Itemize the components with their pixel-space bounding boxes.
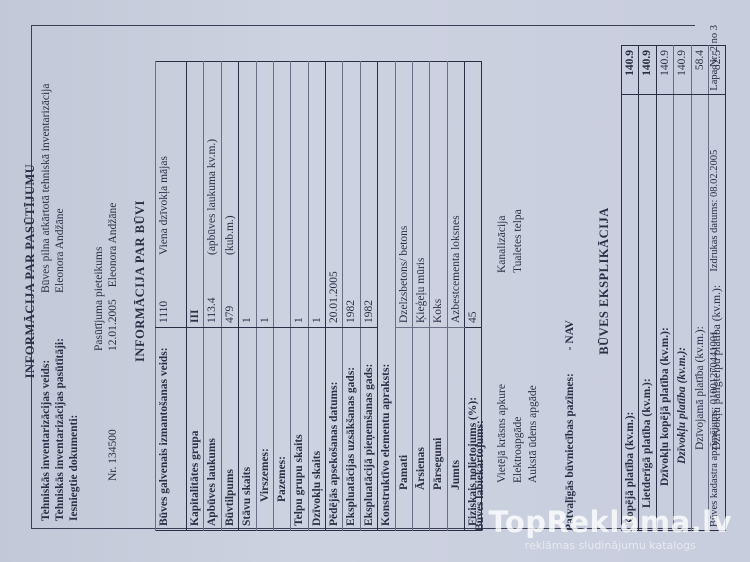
table-row: Kopējā platība (kv.m.): 140.9 — [622, 46, 639, 531]
table-row: Būves galvenais izmantošanas veids: 1110… — [156, 62, 187, 531]
document-number: Nr. 134500 — [92, 351, 121, 481]
page-number: Lapa Nr. 2 no 3 — [708, 25, 721, 91]
order-info-title: INFORMĀCIJA PAR PASŪTĪJUMU — [23, 21, 39, 521]
amenity-item: Elektroapgāde — [511, 273, 525, 483]
table-row: Pamati Dzelzsbetons/ betons — [395, 62, 412, 531]
print-date: Izdrukas datums: 08.02.2005 — [708, 150, 721, 272]
order-row-customer: Tehniskās inventarizācijas pasūtītāji: E… — [53, 21, 67, 521]
table-row: Ekspluatācijas uzsākšanas gads: 1982 — [343, 62, 360, 531]
table-row: Virszemes: 1 — [256, 62, 273, 531]
document-type: Pasūtījuma pieteikums — [92, 203, 106, 351]
table-row: Telpu grupu skaits 1 — [291, 62, 308, 531]
page-footer: Būves kadastra apzīmējums: 0100127044100… — [708, 25, 721, 527]
table-row: Jumts Azbestcementa loksnes — [447, 62, 464, 531]
table-row: Pazemes: — [273, 62, 290, 531]
submitted-document: Nr. 134500 Pasūtījuma pieteikums 12.01.2… — [92, 21, 121, 521]
amenity-item: Aukstā ūdens apgāde — [526, 273, 540, 483]
table-row: Pēdējās apsekošanas datums: 20.01.2005 — [326, 62, 343, 531]
document-person: Eleonora Andžāne — [107, 203, 119, 288]
table-row: Pārsegumi Koks — [430, 62, 447, 531]
amenities-column-2: Kanalizācija Tualetes telpa — [495, 63, 541, 273]
table-row: Lietderīgā platība (kv.m.): 140.9 — [639, 46, 656, 531]
table-row: Kapitalitātes grupa III — [187, 62, 204, 531]
table-row: Stāvu skaits 1 — [239, 62, 256, 531]
watermark-link[interactable]: TopReklama.lv reklāmas sludinājumu katal… — [488, 508, 732, 552]
building-info-table: Būves galvenais izmantošanas veids: 1110… — [155, 61, 482, 531]
watermark-brand: TopReklama.lv — [488, 508, 732, 537]
amenities-section: Būves labiekārtojums: Vietējā krāsns apk… — [473, 51, 542, 531]
amenity-item: Tualetes telpa — [511, 63, 525, 273]
table-row: Būvtilpums 479 (kub.m.) — [221, 62, 238, 531]
order-info-section: INFORMĀCIJA PAR PASŪTĪJUMU Tehniskās inv… — [23, 21, 121, 521]
table-row: Apbūves laukums 113.4 (apbūves laukuma k… — [204, 62, 221, 531]
document-date: 12.01.2005 — [107, 299, 119, 351]
cadastre-designation: Būves kadastra apzīmējums: 0100127044100… — [708, 331, 721, 527]
order-row-type: Tehniskās inventarizācijas veids: Būves … — [39, 21, 53, 521]
amenities-title: Būves labiekārtojums: — [473, 51, 487, 531]
table-row: Dzīvojamā platība (kv.m.): 58.4 — [691, 46, 708, 531]
table-row: Dzīvokļu kopējā platība (kv.m.): 140.9 — [656, 46, 673, 531]
building-info-title: INFORMĀCIJA PAR BŪVI — [133, 11, 149, 551]
photo-stage: INFORMĀCIJA PAR PASŪTĪJUMU Tehniskās inv… — [0, 0, 750, 562]
amenity-item: Kanalizācija — [495, 63, 509, 273]
table-row: Dzīvokļu platība (kv.m.): 140.9 — [674, 46, 691, 531]
amenities-column-1: Vietējā krāsns apkure Elektroapgāde Auks… — [495, 273, 541, 483]
watermark-tagline: reklāmas sludinājumu katalogs — [488, 539, 732, 552]
order-row-documents: Iesniegtie dokumenti: — [67, 21, 81, 521]
table-row: Dzīvokļu skaits 1 — [308, 62, 325, 531]
illegal-construction: Patvaļīgās būvniecības pazīmes: - NAV — [563, 320, 577, 531]
document-page: INFORMĀCIJA PAR PASŪTĪJUMU Tehniskās inv… — [15, 11, 735, 551]
explication-title: BŪVES EKSPLIKĀCIJA — [597, 11, 613, 551]
table-row: Ārsienas Ķieģeļu mūris — [412, 62, 429, 531]
table-row: Ekspluatācijā pieņemšanas gads: 1982 — [360, 62, 377, 531]
amenity-item: Vietējā krāsns apkure — [495, 273, 509, 483]
table-row: Konstruktīvo elementu apraksts: — [378, 62, 395, 531]
